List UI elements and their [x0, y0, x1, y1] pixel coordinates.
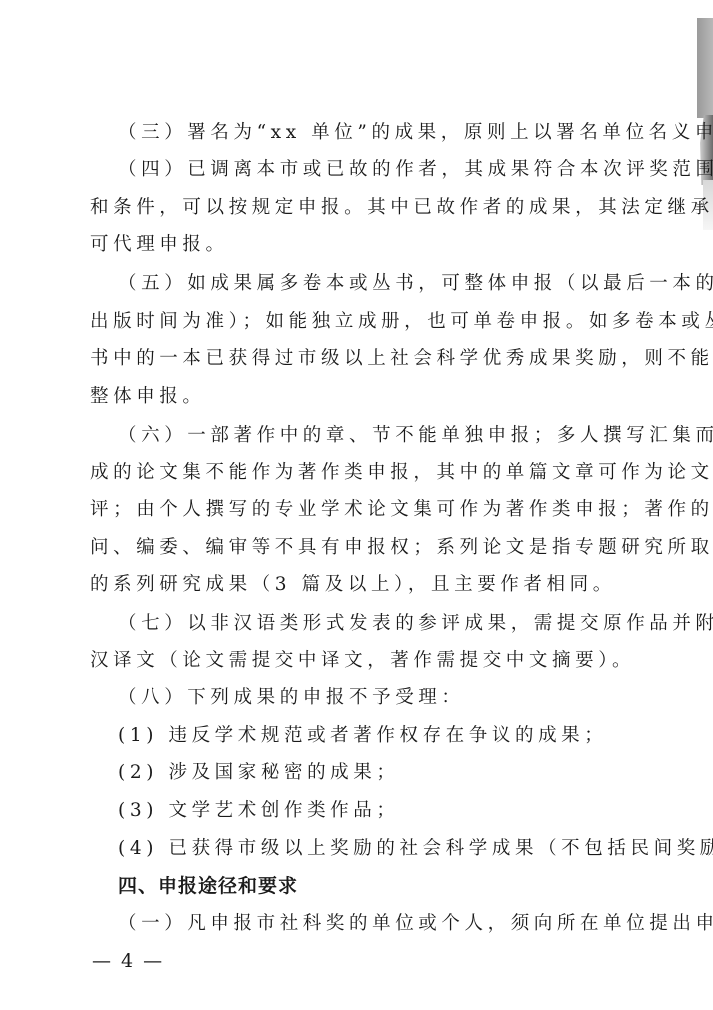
paragraph-line: 的系列研究成果（3 篇及以上），且主要作者相同。	[90, 573, 616, 597]
paragraph-line: 和条件，可以按规定申报。其中已故作者的成果，其法定继承人	[90, 196, 713, 220]
paragraph-line: 可代理申报。	[90, 233, 229, 257]
page-number: — 4 —	[92, 950, 164, 972]
paragraph-line: （三）署名为“xx 单位”的成果，原则上以署名单位名义申报。	[118, 121, 713, 145]
paragraph-line: 成的论文集不能作为著作类申报，其中的单篇文章可作为论文参	[90, 461, 713, 485]
paragraph-line: （七）以非汉语类形式发表的参评成果，需提交原作品并附	[118, 612, 713, 636]
paragraph-line: （一）凡申报市社科奖的单位或个人，须向所在单位提出申	[118, 912, 713, 936]
paragraph-line: 书中的一本已获得过市级以上社会科学优秀成果奖励，则不能再	[90, 347, 713, 371]
paragraph-line: （四）已调离本市或已故的作者，其成果符合本次评奖范围	[118, 158, 713, 182]
paragraph-line: （六）一部著作中的章、节不能单独申报；多人撰写汇集而	[118, 424, 713, 448]
paragraph-line: （八）下列成果的申报不予受理：	[118, 686, 465, 710]
paragraph-line: 整体申报。	[90, 385, 206, 409]
list-item: (1) 违反学术规范或者著作权存在争议的成果；	[118, 724, 607, 748]
paragraph-line: 出版时间为准）；如能独立成册，也可单卷申报。如多卷本或丛	[90, 310, 713, 334]
section-heading: 四、申报途径和要求	[118, 874, 298, 898]
scan-edge-shadow	[697, 18, 713, 118]
paragraph-line: 汉译文（论文需提交中译文，著作需提交中文摘要）。	[90, 649, 635, 673]
paragraph-line: 问、编委、编审等不具有申报权；系列论文是指专题研究所取得	[90, 536, 713, 560]
paragraph-line: 评；由个人撰写的专业学术论文集可作为著作类申报；著作的顾	[90, 498, 713, 522]
list-item: (2) 涉及国家秘密的成果；	[118, 761, 400, 785]
list-item: (3) 文学艺术创作类作品；	[118, 799, 400, 823]
list-item: (4) 已获得市级以上奖励的社会科学成果（不包括民间奖励）。	[118, 837, 713, 861]
document-page: （三）署名为“xx 单位”的成果，原则上以署名单位名义申报。 （四）已调离本市或…	[0, 0, 713, 1010]
paragraph-line: （五）如成果属多卷本或丛书，可整体申报（以最后一本的	[118, 272, 713, 296]
